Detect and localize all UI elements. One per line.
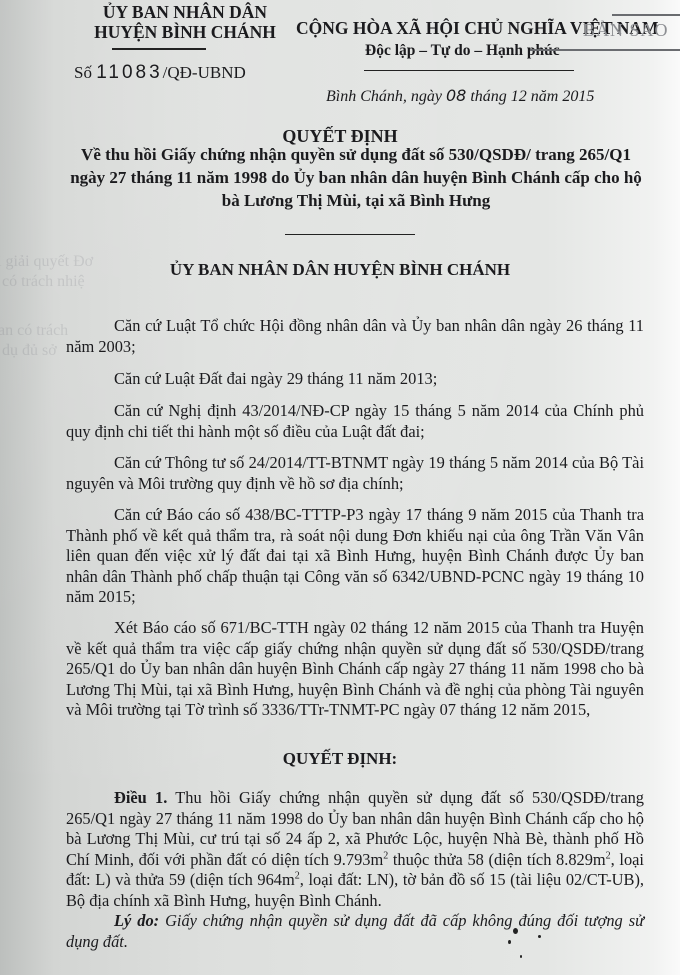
article-1-text: thuộc thửa 58 (diện tích 8.829m: [388, 850, 605, 869]
preamble-paragraph: Căn cứ Luật Tổ chức Hội đồng nhân dân và…: [66, 316, 644, 357]
issue-date: Bình Chánh, ngày 08 tháng 12 năm 2015: [326, 86, 594, 106]
date-prefix: Bình Chánh, ngày: [326, 88, 442, 105]
doc-number-value: 11083: [96, 62, 162, 83]
issuer-block: ỦY BAN NHÂN DÂN HUYỆN BÌNH CHÁNH: [80, 2, 290, 42]
preamble-paragraph: Căn cứ Thông tư số 24/2014/TT-BTNMT ngày…: [66, 453, 644, 494]
copy-stamp: BẢN SAO: [583, 20, 669, 41]
issuer-line-1: ỦY BAN NHÂN DÂN: [80, 2, 290, 22]
date-suffix: tháng 12 năm 2015: [470, 88, 594, 105]
date-day-handwritten: 08: [446, 86, 466, 105]
scanned-document-page: ại giải quyết Đơ y có trách nhiệ ban có …: [0, 0, 680, 975]
article-1-label: Điều 1.: [114, 788, 167, 807]
issuer-line-2: HUYỆN BÌNH CHÁNH: [80, 22, 290, 42]
doc-number-suffix: /QĐ-UBND: [163, 63, 246, 82]
issuer-underline: [112, 48, 206, 50]
doc-number-prefix: Số: [74, 63, 92, 82]
ink-speck: [520, 955, 522, 958]
preamble-paragraph: Xét Báo cáo số 671/BC-TTH ngày 02 tháng …: [66, 618, 644, 721]
document-number: Số 11083/QĐ-UBND: [74, 62, 246, 84]
preamble-paragraph: Căn cứ Luật Đất đai ngày 29 tháng 11 năm…: [66, 369, 644, 390]
ink-speck: [508, 940, 511, 944]
article-1: Điều 1. Thu hồi Giấy chứng nhận quyền sử…: [66, 788, 644, 911]
stamp-border: [530, 49, 680, 51]
reason-label: Lý do:: [114, 911, 159, 930]
stamp-border: [612, 14, 680, 16]
preamble-paragraph: Căn cứ Báo cáo số 438/BC-TTTP-P3 ngày 17…: [66, 505, 644, 608]
motto-underline: [364, 70, 574, 71]
document-subject: Về thu hồi Giấy chứng nhận quyền sử dụng…: [62, 143, 650, 212]
ink-speck: [513, 928, 518, 934]
ink-speck: [538, 935, 541, 938]
decision-heading: QUYẾT ĐỊNH:: [0, 749, 680, 769]
bleed-through-text: ủ dụ đủ sở: [0, 342, 57, 360]
reason-paragraph: Lý do: Giấy chứng nhận quyền sử dụng đất…: [66, 911, 644, 952]
issuing-authority: ỦY BAN NHÂN DÂN HUYỆN BÌNH CHÁNH: [0, 260, 680, 280]
preamble-paragraph: Căn cứ Nghị định 43/2014/NĐ-CP ngày 15 t…: [66, 401, 644, 442]
subject-underline: [285, 234, 415, 235]
bleed-through-text: ban có trách: [0, 322, 68, 340]
national-motto: Độc lập – Tự do – Hạnh phúc: [365, 42, 560, 60]
